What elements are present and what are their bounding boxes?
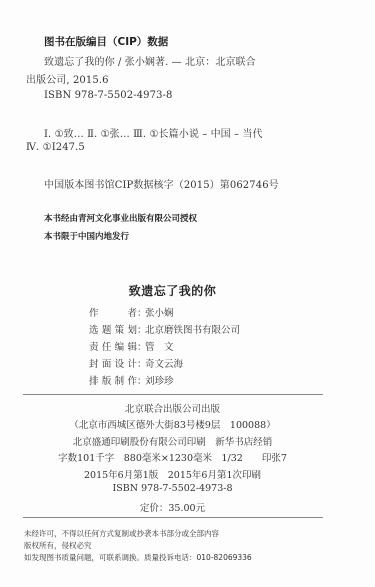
credit-editor: 责任编辑 ： 管 文 [89,339,174,353]
copy-notice: 未经许可，不得以任何方式复制或抄袭本书部分或全部内容 [24,528,219,539]
cip-classification-cont: Ⅳ. ①I247.5 [26,142,85,153]
credit-colon: ： [137,322,145,336]
cip-title-line-cont: 出版公司, 2015.6 [26,71,109,86]
credit-planning: 选题策划 ： 北京磨铁图书有限公司 [89,322,240,336]
publisher-line: 北京联合出版公司出版 [0,401,345,415]
credit-label: 选题策划 [89,322,137,336]
credit-value: 刘珍珍 [145,373,174,387]
credit-cover-design: 封面设计 ： 奇文云海 [89,356,183,370]
printer-line: 北京盛通印刷股份有限公司印刷 新华书店经销 [0,434,345,448]
divider-top [23,394,323,395]
price-line: 定价：35.00元 [0,500,345,514]
credit-label: 排版制作 [89,373,137,387]
cip-title-line: 致遗忘了我的你 / 张小娴著. — 北京：北京联合 [44,53,256,68]
copyright-page: 图书在版编目（CIP）数据 致遗忘了我的你 / 张小娴著. — 北京：北京联合 … [0,0,375,587]
isbn-line: ISBN 978-7-5502-4973-8 [0,483,345,494]
credit-value: 张小娴 [145,305,174,319]
credit-typesetting: 排版制作 ： 刘珍珍 [89,373,174,387]
credit-colon: ： [137,373,145,387]
divider-bottom [23,517,323,518]
cip-classification: Ⅰ. ①致… Ⅱ. ①张… Ⅲ. ①长篇小说 – 中国 – 当代 [44,125,263,140]
cip-isbn: ISBN 978-7-5502-4973-8 [44,90,173,101]
credit-label: 封面设计 [89,356,137,370]
credit-value: 北京磨铁图书有限公司 [145,322,240,336]
credit-value: 奇文云海 [145,356,183,370]
credit-colon: ： [137,305,145,319]
license-distribution: 本书限于中国内地发行 [44,230,129,242]
credit-value: 管 文 [145,339,174,353]
cip-verification-number: 中国版本图书馆CIP数据核字（2015）第062746号 [44,176,279,191]
credit-label: 作 者 [89,305,137,319]
cip-heading: 图书在版编目（CIP）数据 [44,34,168,49]
quality-notice: 如发现图书质量问题，可联系调换。质量投诉电话：010-82069336 [24,552,252,563]
credit-colon: ： [137,356,145,370]
credit-label: 责任编辑 [89,339,137,353]
license-authorized: 本书经由青河文化事业出版有限公司授权 [44,212,197,224]
rights-notice: 版权所有，侵权必究 [24,540,92,551]
address-line: （北京市西城区德外大街83号楼9层 100088） [0,417,345,431]
specs-line: 字数101千字 880毫米×1230毫米 1/32 印张7 [0,450,345,464]
edition-line: 2015年6月第1版 2015年6月第1次印刷 [0,467,345,481]
book-title: 致遗忘了我的你 [0,282,345,299]
credit-author: 作 者 ： 张小娴 [89,305,174,319]
credit-colon: ： [137,339,145,353]
